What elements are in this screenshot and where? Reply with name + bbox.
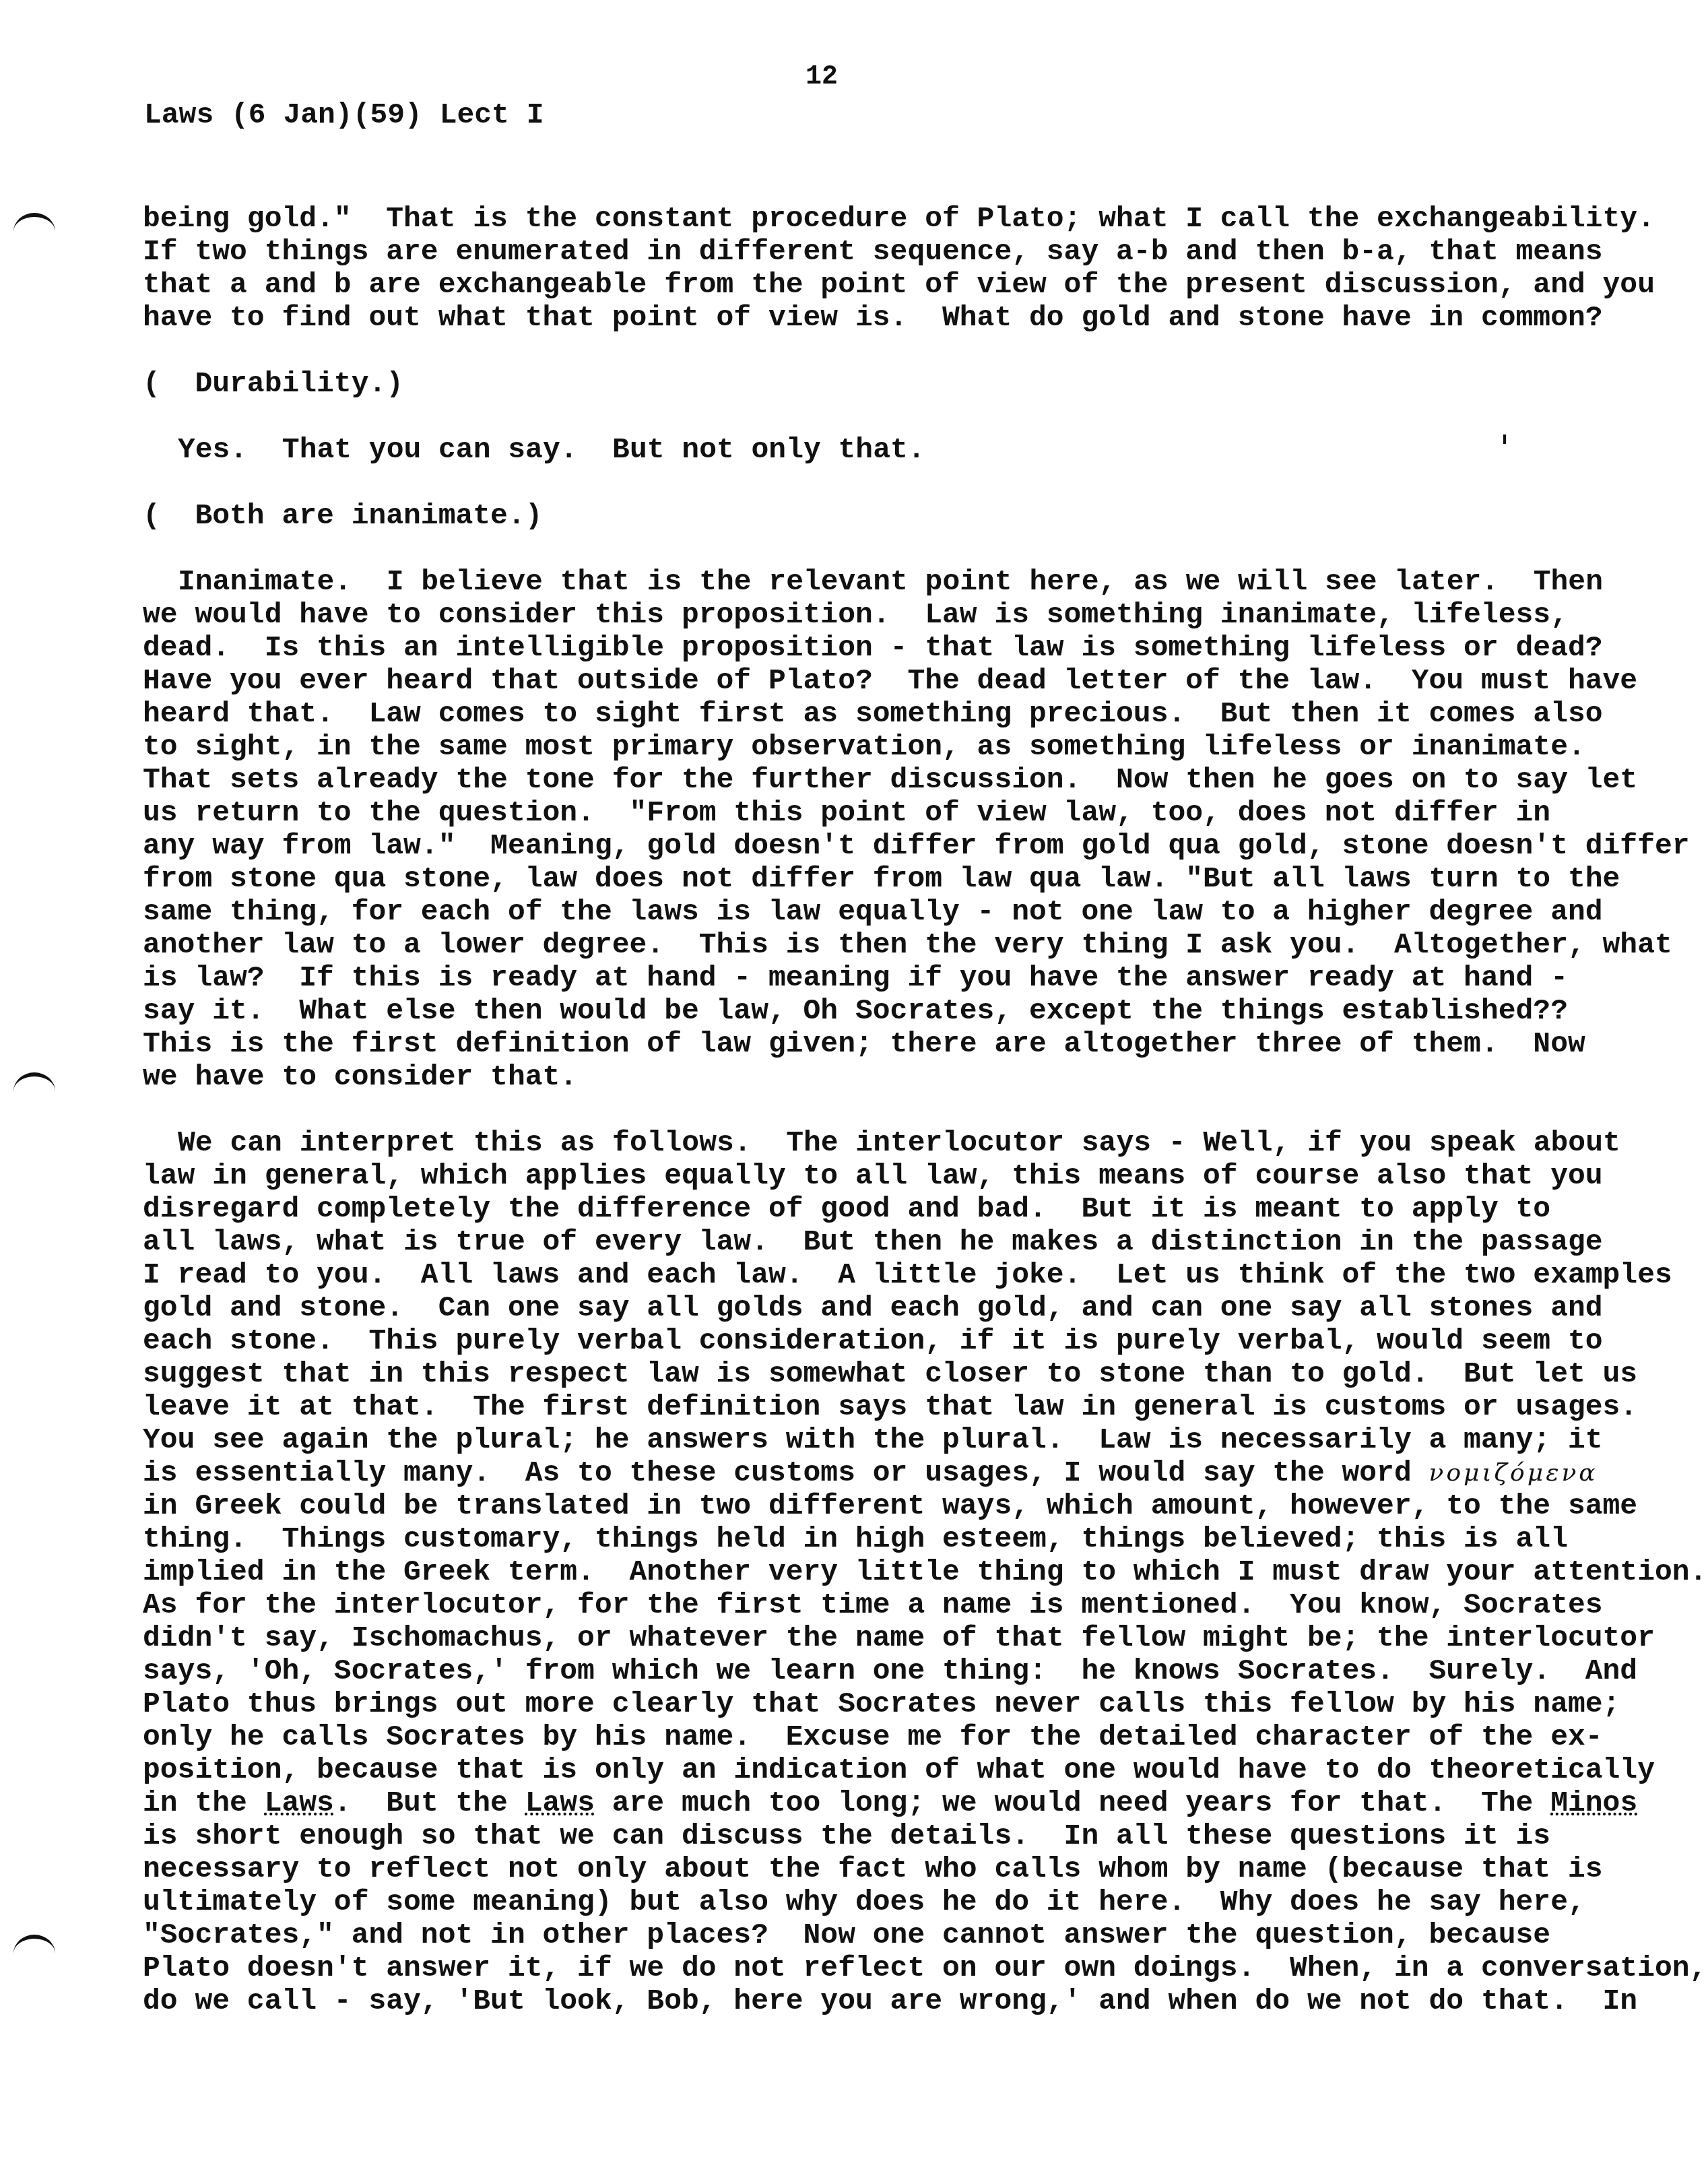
text-line: same thing, for each of the laws is law … [143, 895, 1705, 928]
spacer [143, 466, 1705, 499]
text-line: "Socrates," and not in other places? Now… [143, 1918, 1705, 1951]
text-line: Plato doesn't answer it, if we do not re… [143, 1951, 1705, 1984]
text-span: is essentially many. As to these customs… [143, 1456, 1429, 1489]
spacer [143, 334, 1705, 367]
paragraph: Inanimate. I believe that is the relevan… [143, 565, 1705, 1093]
underlined-title: Laws [265, 1786, 334, 1819]
margin-arc-mark [13, 1935, 55, 1954]
text-line: law in general, which applies equally to… [143, 1159, 1705, 1192]
text-line: disregard completely the difference of g… [143, 1192, 1705, 1225]
text-line: in the Laws. But the Laws are much too l… [143, 1786, 1705, 1819]
text-line: Plato thus brings out more clearly that … [143, 1687, 1705, 1720]
text-line: Yes. That you can say. But not only that… [143, 433, 1705, 466]
handwritten-greek-word: νομιζόμενα [1429, 1459, 1598, 1487]
text-span: are much too long; we would need years f… [595, 1786, 1550, 1819]
text-line: Inanimate. I believe that is the relevan… [143, 565, 1705, 598]
document-header: Laws (6 Jan)(59) Lect I [144, 98, 544, 131]
margin-arc-mark [13, 213, 55, 232]
text-line: from stone qua stone, law does not diffe… [143, 862, 1705, 895]
text-line: another law to a lower degree. This is t… [143, 928, 1705, 961]
text-line: thing. Things customary, things held in … [143, 1522, 1705, 1555]
page-number: 12 [806, 62, 838, 92]
spacer [143, 400, 1705, 433]
text-line: in Greek could be translated in two diff… [143, 1489, 1705, 1522]
text-line: each stone. This purely verbal considera… [143, 1324, 1705, 1357]
text-line: suggest that in this respect law is some… [143, 1357, 1705, 1390]
text-line: heard that. Law comes to sight first as … [143, 697, 1705, 730]
text-line: all laws, what is true of every law. But… [143, 1225, 1705, 1258]
text-line: We can interpret this as follows. The in… [143, 1126, 1705, 1159]
text-line: As for the interlocutor, for the first t… [143, 1588, 1705, 1621]
student-remark: ( Durability.) [143, 367, 1705, 400]
spacer [143, 1093, 1705, 1126]
text-line: says, 'Oh, Socrates,' from which we lear… [143, 1654, 1705, 1687]
text-line: is short enough so that we can discuss t… [143, 1819, 1705, 1852]
paragraph: being gold." That is the constant proced… [143, 202, 1705, 334]
text-line: I read to you. All laws and each law. A … [143, 1258, 1705, 1291]
text-line: only he calls Socrates by his name. Excu… [143, 1720, 1705, 1753]
text-line: You see again the plural; he answers wit… [143, 1423, 1705, 1456]
text-line: to sight, in the same most primary obser… [143, 730, 1705, 763]
text-line: That sets already the tone for the furth… [143, 763, 1705, 796]
text-line: position, because that is only an indica… [143, 1753, 1705, 1786]
text-line: us return to the question. "From this po… [143, 796, 1705, 829]
text-line: This is the first definition of law give… [143, 1027, 1705, 1060]
text-line: do we call - say, 'But look, Bob, here y… [143, 1984, 1705, 2017]
text-line: we have to consider that. [143, 1060, 1705, 1093]
margin-arc-mark [13, 1072, 55, 1091]
spacer [143, 532, 1705, 565]
text-line: dead. Is this an intelligible propositio… [143, 631, 1705, 664]
text-line: say it. What else then would be law, Oh … [143, 994, 1705, 1027]
text-line: being gold." That is the constant proced… [143, 202, 1705, 235]
paragraph: We can interpret this as follows. The in… [143, 1126, 1705, 2017]
text-line: any way from law." Meaning, gold doesn't… [143, 829, 1705, 862]
student-remark: ( Both are inanimate.) [143, 499, 1705, 532]
text-line: necessary to reflect not only about the … [143, 1852, 1705, 1885]
text-line: that a and b are exchangeable from the p… [143, 268, 1705, 301]
text-line: gold and stone. Can one say all golds an… [143, 1291, 1705, 1324]
text-line: have to find out what that point of view… [143, 301, 1705, 334]
underlined-title: Laws [525, 1786, 595, 1819]
underlined-title: Minos [1550, 1786, 1637, 1819]
document-body: being gold." That is the constant proced… [143, 202, 1705, 2017]
text-line: is essentially many. As to these customs… [143, 1456, 1705, 1489]
text-line: If two things are enumerated in differen… [143, 235, 1705, 268]
document-page: 12 Laws (6 Jan)(59) Lect I being gold." … [0, 0, 1708, 2163]
text-line: we would have to consider this propositi… [143, 598, 1705, 631]
text-line: implied in the Greek term. Another very … [143, 1555, 1705, 1588]
text-line: didn't say, Ischomachus, or whatever the… [143, 1621, 1705, 1654]
text-line: is law? If this is ready at hand - meani… [143, 961, 1705, 994]
text-line: Have you ever heard that outside of Plat… [143, 664, 1705, 697]
text-line: ultimately of some meaning) but also why… [143, 1885, 1705, 1918]
text-span: in the [143, 1786, 265, 1819]
text-line: leave it at that. The first definition s… [143, 1390, 1705, 1423]
text-span: . But the [334, 1786, 525, 1819]
